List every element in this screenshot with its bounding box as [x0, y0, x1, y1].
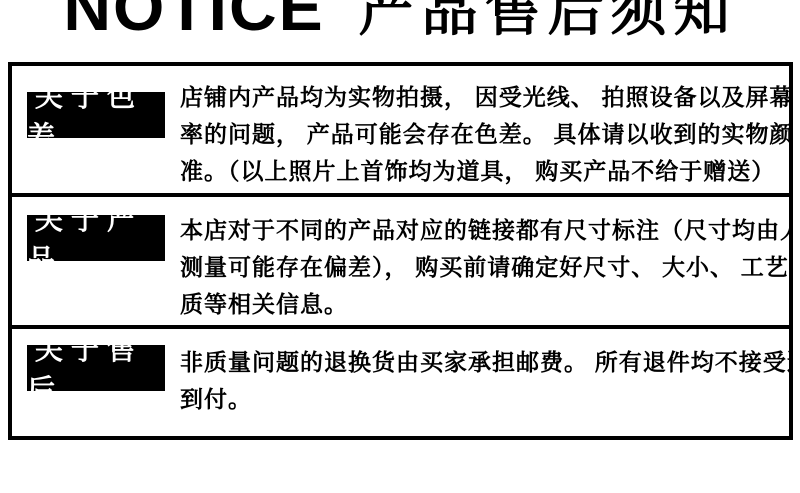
text-line: 测量可能存在偏差）， 购买前请确定好尺寸、 大小、 工艺、 材	[180, 249, 783, 286]
section-text-color-difference: 店铺内产品均为实物拍摄， 因受光线、 拍照设备以及屏幕显示 率的问题， 产品可能…	[180, 66, 789, 193]
text-line: 非质量问题的退换货由买家承担邮费。 所有退件均不接受运费	[180, 344, 783, 381]
label-column: 关于产品	[12, 197, 180, 325]
notice-box: 关于色差 店铺内产品均为实物拍摄， 因受光线、 拍照设备以及屏幕显示 率的问题，…	[8, 62, 793, 440]
label-after-sales: 关于售后	[27, 345, 165, 391]
label-column: 关于售后	[12, 329, 180, 436]
text-line: 率的问题， 产品可能会存在色差。 具体请以收到的实物颜色为	[180, 116, 783, 153]
text-line: 到付。	[180, 381, 783, 418]
page-title-zh: 产品售后须知	[359, 0, 737, 40]
section-after-sales: 关于售后 非质量问题的退换货由买家承担邮费。 所有退件均不接受运费 到付。	[12, 325, 789, 436]
label-column: 关于色差	[12, 66, 180, 193]
page-title-en: NOTICE	[63, 0, 324, 40]
section-text-product: 本店对于不同的产品对应的链接都有尺寸标注（尺寸均由人工 测量可能存在偏差）， 购…	[180, 197, 789, 325]
page-title: NOTICE 产品售后须知	[0, 0, 800, 40]
section-color-difference: 关于色差 店铺内产品均为实物拍摄， 因受光线、 拍照设备以及屏幕显示 率的问题，…	[12, 66, 789, 193]
text-line: 质等相关信息。	[180, 286, 783, 323]
text-line: 准。（以上照片上首饰均为道具， 购买产品不给于赠送）	[180, 153, 783, 190]
label-product: 关于产品	[27, 215, 165, 261]
text-line: 店铺内产品均为实物拍摄， 因受光线、 拍照设备以及屏幕显示	[180, 79, 783, 116]
label-color-difference: 关于色差	[27, 92, 165, 138]
text-line: 本店对于不同的产品对应的链接都有尺寸标注（尺寸均由人工	[180, 212, 783, 249]
section-product: 关于产品 本店对于不同的产品对应的链接都有尺寸标注（尺寸均由人工 测量可能存在偏…	[12, 193, 789, 325]
after-sales-notice-page: { "page": { "title_en": "NOTICE", "title…	[0, 0, 800, 493]
section-text-after-sales: 非质量问题的退换货由买家承担邮费。 所有退件均不接受运费 到付。	[180, 329, 789, 436]
